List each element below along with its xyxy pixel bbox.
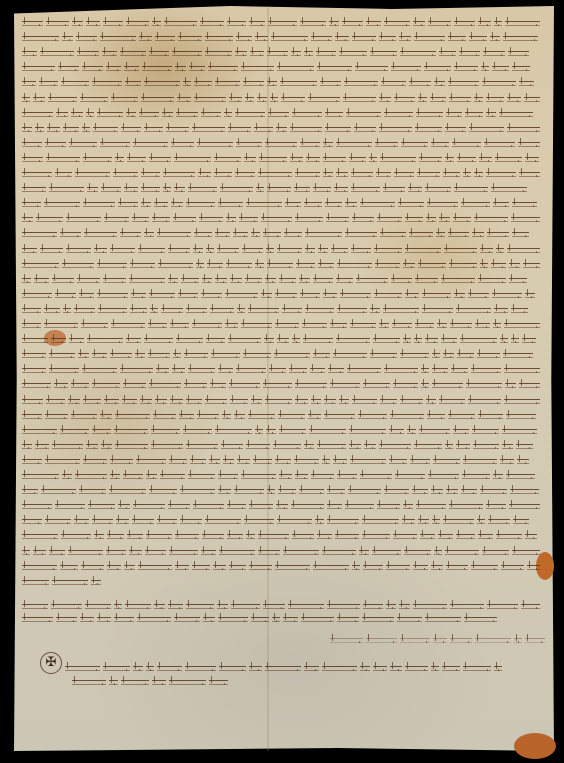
word-stroke (239, 217, 257, 222)
word-stroke (114, 617, 134, 622)
word-stroke (449, 504, 483, 509)
word-stroke (69, 142, 97, 147)
word-stroke (394, 172, 414, 177)
word-stroke (22, 172, 52, 177)
word-stroke (401, 142, 427, 147)
word-stroke (324, 414, 355, 419)
word-stroke (510, 489, 539, 494)
word-stroke (163, 187, 171, 192)
word-stroke (486, 504, 506, 509)
word-stroke (351, 187, 380, 192)
word-stroke (104, 399, 119, 404)
word-stroke (461, 202, 490, 207)
word-stroke (441, 338, 457, 343)
word-stroke (500, 459, 514, 464)
word-stroke (461, 489, 477, 494)
word-stroke (244, 519, 274, 524)
word-stroke (374, 248, 402, 253)
word-stroke (22, 617, 53, 622)
text-line (22, 213, 540, 222)
word-stroke (508, 51, 529, 56)
text-line (22, 349, 540, 358)
word-stroke (33, 550, 47, 555)
word-stroke (178, 293, 198, 298)
word-stroke (480, 489, 507, 494)
word-stroke (217, 604, 228, 609)
word-stroke (448, 232, 469, 237)
word-stroke (267, 187, 291, 192)
word-stroke (78, 353, 89, 358)
word-stroke (491, 263, 506, 268)
word-stroke (155, 399, 167, 404)
word-stroke (486, 97, 504, 102)
word-stroke (379, 97, 391, 102)
word-stroke (175, 534, 199, 539)
word-stroke (468, 399, 501, 404)
word-stroke (425, 338, 438, 343)
word-stroke (46, 157, 80, 162)
text-line (22, 410, 540, 419)
word-stroke (375, 263, 400, 268)
word-stroke (226, 263, 252, 268)
word-stroke (427, 414, 445, 419)
word-stroke (323, 142, 333, 147)
word-stroke (316, 51, 336, 56)
word-stroke (494, 21, 503, 26)
word-stroke (351, 172, 373, 177)
word-stroke (69, 338, 84, 343)
word-stroke (420, 534, 435, 539)
word-stroke (280, 81, 317, 86)
word-stroke (360, 666, 370, 671)
word-stroke (295, 474, 308, 479)
word-stroke (190, 459, 206, 464)
word-stroke (407, 429, 416, 434)
word-stroke (511, 308, 528, 313)
word-stroke (519, 383, 540, 388)
word-stroke (317, 444, 346, 449)
word-stroke (492, 293, 522, 298)
word-stroke (22, 504, 52, 509)
word-stroke (291, 504, 323, 509)
word-stroke (370, 308, 380, 313)
word-stroke (295, 399, 308, 404)
word-stroke (149, 51, 169, 56)
word-stroke (469, 127, 505, 132)
word-stroke (213, 565, 226, 570)
word-stroke (175, 66, 186, 71)
word-stroke (380, 399, 397, 404)
text-line (22, 304, 540, 313)
word-stroke (400, 353, 429, 358)
word-stroke (188, 368, 215, 373)
word-stroke (390, 666, 402, 671)
word-stroke (352, 399, 377, 404)
word-stroke (149, 489, 177, 494)
word-stroke (337, 263, 373, 268)
word-stroke (141, 172, 160, 177)
word-stroke (131, 293, 146, 298)
word-stroke (130, 308, 147, 313)
text-line (22, 228, 540, 237)
text-line (22, 500, 540, 509)
word-stroke (379, 323, 389, 328)
word-stroke (79, 489, 106, 494)
word-stroke (330, 383, 359, 388)
word-stroke (281, 97, 305, 102)
word-stroke (471, 565, 498, 570)
word-stroke (228, 338, 261, 343)
word-stroke (384, 368, 419, 373)
word-stroke (268, 21, 298, 26)
word-stroke (86, 444, 98, 449)
word-stroke (522, 338, 536, 343)
word-stroke (410, 459, 430, 464)
word-stroke (110, 248, 135, 253)
word-stroke (509, 504, 540, 509)
word-stroke (484, 142, 514, 147)
word-stroke (133, 142, 167, 147)
word-stroke (472, 429, 499, 434)
word-stroke (317, 66, 352, 71)
word-stroke (358, 414, 387, 419)
word-stroke (65, 666, 100, 671)
word-stroke (255, 429, 263, 434)
word-stroke (126, 112, 136, 117)
word-stroke (258, 550, 279, 555)
word-stroke (310, 368, 324, 373)
word-stroke (97, 112, 123, 117)
word-stroke (103, 21, 123, 26)
word-stroke (290, 127, 323, 132)
word-stroke (126, 21, 148, 26)
word-stroke (327, 489, 345, 494)
word-stroke (474, 97, 483, 102)
word-stroke (127, 157, 146, 162)
word-stroke (39, 81, 58, 86)
word-stroke (75, 474, 107, 479)
word-stroke (172, 51, 202, 56)
word-stroke (329, 21, 339, 26)
word-stroke (22, 97, 30, 102)
word-stroke (245, 97, 254, 102)
word-stroke (290, 157, 303, 162)
word-stroke (234, 414, 245, 419)
word-stroke (512, 66, 530, 71)
word-stroke (373, 666, 387, 671)
word-stroke (333, 459, 347, 464)
word-stroke (22, 66, 55, 71)
word-stroke (460, 338, 497, 343)
word-stroke (277, 519, 312, 524)
word-stroke (306, 157, 320, 162)
word-stroke (283, 617, 298, 622)
word-stroke (493, 323, 501, 328)
word-stroke (450, 638, 472, 643)
word-stroke (116, 519, 129, 524)
word-stroke (114, 604, 122, 609)
word-stroke (61, 534, 91, 539)
word-stroke (100, 142, 130, 147)
word-stroke (45, 459, 80, 464)
word-stroke (403, 504, 413, 509)
word-stroke (161, 308, 183, 313)
text-line (22, 77, 540, 86)
word-stroke (393, 534, 417, 539)
text-line (22, 515, 540, 524)
word-stroke (261, 293, 272, 298)
word-stroke (193, 504, 223, 509)
word-stroke (511, 338, 519, 343)
word-stroke (525, 534, 537, 539)
word-stroke (383, 187, 405, 192)
word-stroke (250, 51, 264, 56)
word-stroke (79, 293, 94, 298)
word-stroke (493, 202, 509, 207)
word-stroke (373, 338, 400, 343)
word-stroke (517, 459, 529, 464)
word-stroke (292, 534, 314, 539)
text-line (22, 168, 540, 177)
word-stroke (421, 383, 430, 388)
word-stroke (149, 157, 171, 162)
word-stroke (267, 489, 275, 494)
word-stroke (72, 21, 83, 26)
word-stroke (443, 353, 454, 358)
word-stroke (518, 142, 540, 147)
word-stroke (22, 399, 43, 404)
word-stroke (248, 308, 279, 313)
word-stroke (55, 504, 84, 509)
word-stroke (308, 97, 340, 102)
word-stroke (454, 21, 475, 26)
word-stroke (138, 248, 165, 253)
word-stroke (52, 278, 74, 283)
text-line (22, 93, 540, 102)
word-stroke (300, 293, 320, 298)
word-stroke (279, 429, 306, 434)
word-stroke (453, 429, 469, 434)
word-stroke (183, 81, 191, 86)
word-stroke (263, 604, 285, 609)
word-stroke (495, 157, 522, 162)
word-stroke (413, 565, 428, 570)
text-line (22, 47, 540, 56)
word-stroke (230, 278, 242, 283)
word-stroke (514, 638, 522, 643)
word-stroke (135, 353, 145, 358)
word-stroke (149, 383, 180, 388)
word-stroke (439, 217, 451, 222)
word-stroke (236, 36, 252, 41)
word-stroke (94, 534, 104, 539)
word-stroke (92, 81, 122, 86)
word-stroke (34, 278, 49, 283)
word-stroke (323, 172, 333, 177)
text-line (22, 379, 540, 388)
word-stroke (323, 157, 346, 162)
word-stroke (390, 414, 424, 419)
word-stroke (477, 353, 500, 358)
word-stroke (22, 142, 42, 147)
word-stroke (272, 617, 280, 622)
word-stroke (264, 338, 274, 343)
word-stroke (22, 81, 36, 86)
text-line (22, 183, 540, 192)
word-stroke (350, 323, 376, 328)
word-stroke (41, 489, 76, 494)
word-stroke (209, 680, 228, 685)
word-stroke (315, 519, 324, 524)
word-stroke (210, 308, 234, 313)
word-stroke (433, 638, 447, 643)
word-stroke (88, 504, 115, 509)
word-stroke (375, 142, 398, 147)
word-stroke (343, 97, 376, 102)
word-stroke (291, 51, 301, 56)
word-stroke (22, 308, 41, 313)
word-stroke (115, 444, 148, 449)
word-stroke (22, 232, 57, 237)
word-stroke (219, 666, 246, 671)
word-stroke (51, 338, 66, 343)
word-stroke (44, 308, 60, 313)
word-stroke (174, 157, 211, 162)
word-stroke (277, 248, 303, 253)
word-stroke (294, 459, 319, 464)
word-stroke (295, 172, 320, 177)
word-stroke (251, 232, 260, 237)
damage-corner (514, 733, 556, 759)
word-stroke (80, 617, 94, 622)
word-stroke (457, 157, 476, 162)
word-stroke (439, 51, 456, 56)
word-stroke (436, 232, 445, 237)
word-stroke (36, 217, 64, 222)
word-stroke (418, 97, 427, 102)
word-stroke (502, 444, 513, 449)
word-stroke (154, 604, 166, 609)
word-stroke (389, 459, 407, 464)
word-stroke (205, 36, 233, 41)
word-stroke (275, 459, 291, 464)
word-stroke (421, 368, 429, 373)
word-stroke (449, 97, 471, 102)
word-stroke (149, 293, 175, 298)
word-stroke (22, 368, 46, 373)
word-stroke (132, 519, 154, 524)
word-stroke (58, 66, 79, 71)
word-stroke (453, 217, 471, 222)
text-line (22, 17, 540, 26)
word-stroke (330, 323, 348, 328)
word-stroke (166, 127, 189, 132)
word-stroke (336, 172, 348, 177)
word-stroke (317, 534, 332, 539)
word-stroke (241, 323, 271, 328)
word-stroke (196, 263, 204, 268)
word-stroke (205, 519, 241, 524)
word-stroke (525, 293, 535, 298)
word-stroke (197, 414, 219, 419)
word-stroke (270, 97, 278, 102)
word-stroke (305, 232, 342, 237)
word-stroke (142, 66, 172, 71)
word-stroke (304, 444, 314, 449)
word-stroke (176, 112, 198, 117)
word-stroke (464, 617, 497, 622)
word-stroke (323, 293, 337, 298)
word-stroke (504, 323, 540, 328)
word-stroke (377, 217, 402, 222)
word-stroke (304, 51, 313, 56)
word-stroke (403, 263, 415, 268)
word-stroke (379, 36, 396, 41)
word-stroke (210, 383, 226, 388)
word-stroke (364, 444, 376, 449)
word-stroke (76, 36, 97, 41)
word-stroke (337, 308, 367, 313)
word-stroke (278, 414, 305, 419)
word-stroke (492, 66, 509, 71)
word-stroke (141, 187, 160, 192)
word-stroke (46, 399, 65, 404)
word-stroke (174, 187, 185, 192)
word-stroke (294, 187, 310, 192)
word-stroke (330, 638, 363, 643)
word-stroke (231, 604, 261, 609)
word-stroke (313, 187, 331, 192)
word-stroke (129, 550, 142, 555)
text-line (22, 123, 540, 132)
word-stroke (366, 21, 380, 26)
word-stroke (370, 51, 397, 56)
word-stroke (334, 187, 348, 192)
word-stroke (150, 308, 158, 313)
word-stroke (305, 248, 315, 253)
word-stroke (408, 187, 422, 192)
word-stroke (431, 489, 443, 494)
word-stroke (251, 399, 262, 404)
word-stroke (419, 157, 442, 162)
word-stroke (392, 323, 413, 328)
word-stroke (52, 580, 88, 585)
word-stroke (202, 534, 224, 539)
word-stroke (68, 550, 103, 555)
word-stroke (276, 127, 287, 132)
word-stroke (299, 489, 324, 494)
word-stroke (22, 474, 59, 479)
word-stroke (46, 21, 69, 26)
word-stroke (450, 604, 484, 609)
word-stroke (347, 368, 381, 373)
word-stroke (110, 474, 120, 479)
word-stroke (62, 474, 72, 479)
word-stroke (201, 112, 221, 117)
word-stroke (228, 127, 250, 132)
word-stroke (235, 112, 265, 117)
word-stroke (474, 217, 508, 222)
word-stroke (179, 414, 194, 419)
word-stroke (109, 489, 146, 494)
word-stroke (35, 127, 45, 132)
word-stroke (123, 383, 146, 388)
word-stroke (124, 187, 138, 192)
word-stroke (192, 565, 210, 570)
word-stroke (491, 187, 527, 192)
word-stroke (218, 202, 243, 207)
word-stroke (405, 248, 441, 253)
